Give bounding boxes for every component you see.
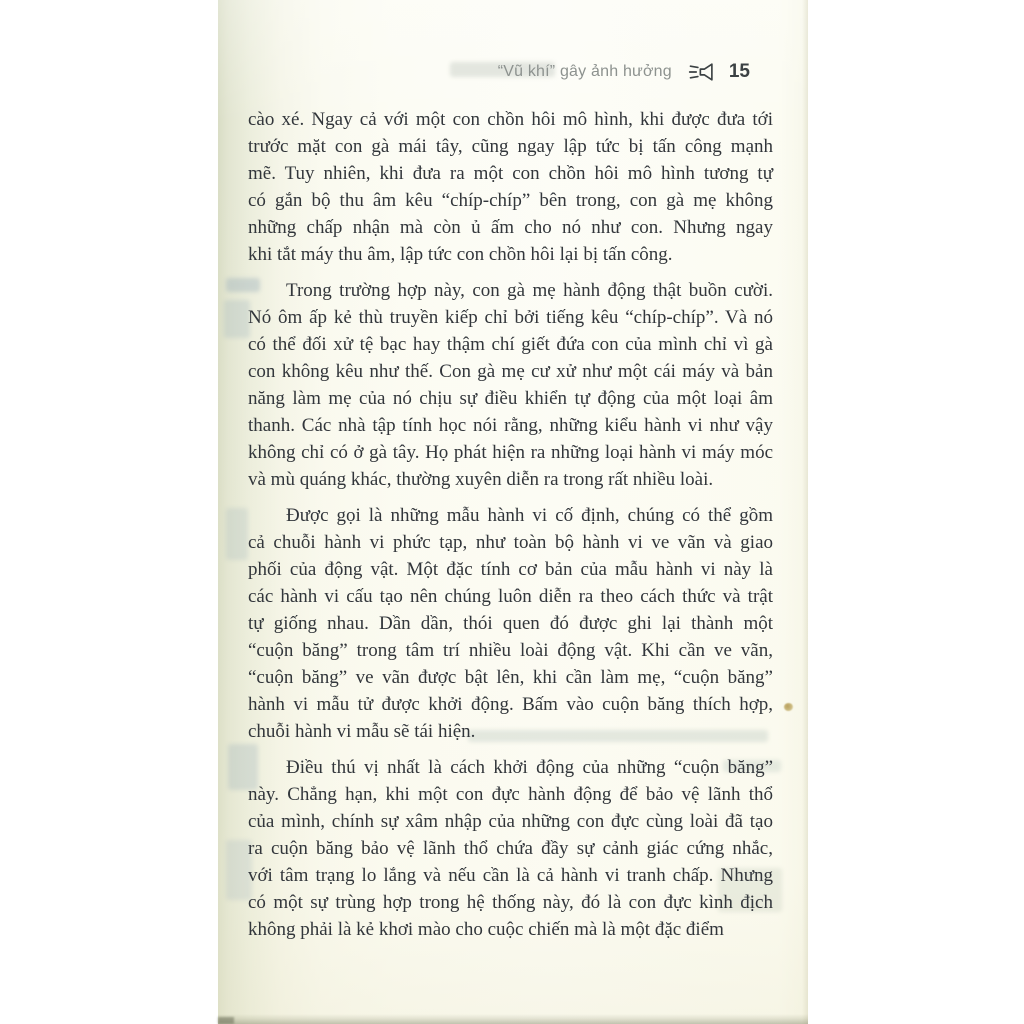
text-line: Trong trường hợp này, con gà mẹ hành độn…: [248, 277, 773, 304]
text-line: tự giống nhau. Dần dần, thói quen đó đượ…: [248, 610, 773, 637]
text-line: thanh. Các nhà tập tính học nói rằng, nh…: [248, 412, 773, 439]
text-line: phối của động vật. Một đặc tính cơ bản c…: [248, 556, 773, 583]
page-right-edge: [802, 0, 808, 1024]
text-line: không phải là kẻ khơi mào cho cuộc chiến…: [248, 916, 773, 943]
text-line: ra cuộn băng bảo vệ lãnh thổ chứa đầy sự…: [248, 835, 773, 862]
text-line: khi tắt máy thu âm, lập tức con chồn hôi…: [248, 241, 773, 268]
text-line: Nó ôm ấp kẻ thù truyền kiếp chỉ bởi tiến…: [248, 304, 773, 331]
paper-speck: [784, 703, 793, 711]
text-line: con không kêu như thế. Con gà mẹ cư xử n…: [248, 358, 773, 385]
text-line: hành vi mẫu tử được khởi động. Bấm vào c…: [248, 691, 773, 718]
text-line: không chỉ có ở gà tây. Họ phát hiện ra n…: [248, 439, 773, 466]
text-line: Được gọi là những mẫu hành vi cố định, c…: [248, 502, 773, 529]
book-page: “Vũ khí” gây ảnh hưởng 15 cào xé. Ngay c…: [218, 0, 808, 1024]
text-line: có một sự trùng hợp trong hệ thống này, …: [248, 889, 773, 916]
text-line: cào xé. Ngay cả với một con chồn hôi mô …: [248, 106, 773, 133]
paragraph-4: Điều thú vị nhất là cách khởi động của n…: [248, 754, 773, 943]
bleed-through-artifact: [224, 300, 250, 338]
page-bottom-corner-shadow: [218, 1017, 234, 1024]
text-line: có thể đối xử tệ bạc hay thậm chí giết đ…: [248, 331, 773, 358]
text-line: các hành vi cấu tạo nên chúng luôn diễn …: [248, 583, 773, 610]
text-line: “cuộn băng” trong tâm trí nhiều loài độn…: [248, 637, 773, 664]
text-line: này. Chẳng hạn, khi một con đực hành độn…: [248, 781, 773, 808]
bleed-through-artifact: [226, 508, 248, 560]
text-line: “cuộn băng” ve vãn được bật lên, khi cần…: [248, 664, 773, 691]
text-line: cả chuỗi hành vi phức tạp, như toàn bộ h…: [248, 529, 773, 556]
running-head-title: “Vũ khí” gây ảnh hưởng: [498, 63, 672, 81]
paragraph-2: Trong trường hợp này, con gà mẹ hành độn…: [248, 277, 773, 493]
page-bottom-shadow: [218, 1014, 808, 1024]
body-text: cào xé. Ngay cả với một con chồn hôi mô …: [248, 106, 773, 952]
text-line: trước mặt con gà mái tây, cũng ngay lập …: [248, 133, 773, 160]
text-line: mẽ. Tuy nhiên, khi đưa ra một con chồn h…: [248, 160, 773, 187]
text-line: của mình, chính sự xâm nhập của những co…: [248, 808, 773, 835]
text-line: Điều thú vị nhất là cách khởi động của n…: [248, 754, 773, 781]
page-header: “Vũ khí” gây ảnh hưởng 15: [498, 58, 750, 86]
text-line: có gắn bộ thu âm kêu “chíp-chíp” bên tro…: [248, 187, 773, 214]
text-line: năng làm mẹ của nó chịu sự điều khiển tự…: [248, 385, 773, 412]
page-number: 15: [729, 61, 750, 83]
paragraph-1: cào xé. Ngay cả với một con chồn hôi mô …: [248, 106, 773, 268]
text-line: chuỗi hành vi mẫu sẽ tái hiện.: [248, 718, 773, 745]
text-line: với tâm trạng lo lắng và nếu cần là cả h…: [248, 862, 773, 889]
text-line: những chấp nhận mà còn ủ ấm cho nó như c…: [248, 214, 773, 241]
paragraph-3: Được gọi là những mẫu hành vi cố định, c…: [248, 502, 773, 745]
text-line: và mù quáng khác, thường xuyên diễn ra t…: [248, 466, 773, 493]
megaphone-icon: [688, 60, 716, 84]
